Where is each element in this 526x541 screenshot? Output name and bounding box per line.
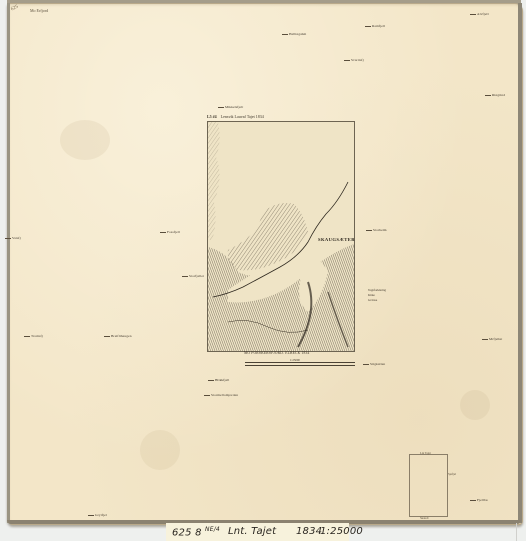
paper-stain — [60, 120, 110, 160]
margin-place-label: Breiflihaugen — [104, 334, 132, 338]
margin-place-label: Ramfjell — [365, 24, 385, 28]
index-side-label: Sjøfjel — [448, 472, 456, 476]
margin-place-label: Grytfjel — [88, 513, 107, 517]
index-top-label: Lnt Tajet — [420, 451, 431, 455]
paper-stain — [140, 430, 180, 470]
sheet-number: L5 #4 — [207, 114, 217, 119]
margin-place-label: Vatsfj — [5, 236, 21, 240]
scale-label: 1:25000 — [290, 358, 300, 362]
margin-place-label: Svartisfj — [344, 58, 364, 62]
corner-note: Mo Erfjord — [30, 8, 48, 13]
caption-sheet-code: 625 8 NE/4 — [172, 526, 220, 538]
sheet-right-edge — [518, 3, 522, 523]
frame-title-text: Lensvik Lauvaf Tajet 1834 — [221, 114, 264, 119]
margin-place-label: Stormellomjorden — [204, 393, 238, 397]
margin-place-label: Storfjellet — [182, 274, 204, 278]
legend-item: Grænse — [368, 298, 386, 303]
legend: Tegnforklaring Kirke Grænse — [368, 288, 386, 303]
margin-place-label: Ringtind — [485, 93, 505, 97]
margin-place-label: Hellingshm — [282, 32, 306, 36]
sheet-left-edge — [7, 3, 10, 523]
frame-title: L5 #4 Lensvik Lauvaf Tajet 1834 — [207, 114, 264, 119]
margin-place-label: Fjellbu — [470, 498, 488, 502]
caption-name: Lnt. Tajet — [228, 526, 276, 537]
divider — [516, 523, 517, 541]
margin-place-label: Mikkelsfjelt — [218, 105, 243, 109]
caption-year: 1834 — [296, 526, 322, 537]
margin-place-label: Alvfjell — [470, 12, 489, 16]
town-label: SKAUGSÆTER — [318, 237, 355, 242]
margin-place-label: Tromsfj — [24, 334, 43, 338]
index-box[interactable] — [409, 454, 448, 517]
caption-scale: 1:25000 — [320, 526, 363, 537]
paper-stain — [460, 390, 490, 420]
margin-place-label: Fossfjell — [160, 230, 180, 234]
margin-place-label: Stigkallen — [363, 362, 385, 366]
scale-bar — [245, 362, 355, 366]
index-bottom-label: Skafell — [420, 516, 429, 520]
margin-place-label: Blikkfjell — [208, 378, 229, 382]
margin-place-label: Mrfjellet — [482, 337, 502, 341]
frame-bottom-caption: MO FORSKERSFJORD. ELBECK 1834 — [244, 351, 310, 355]
margin-place-label: Storheim — [366, 228, 387, 232]
